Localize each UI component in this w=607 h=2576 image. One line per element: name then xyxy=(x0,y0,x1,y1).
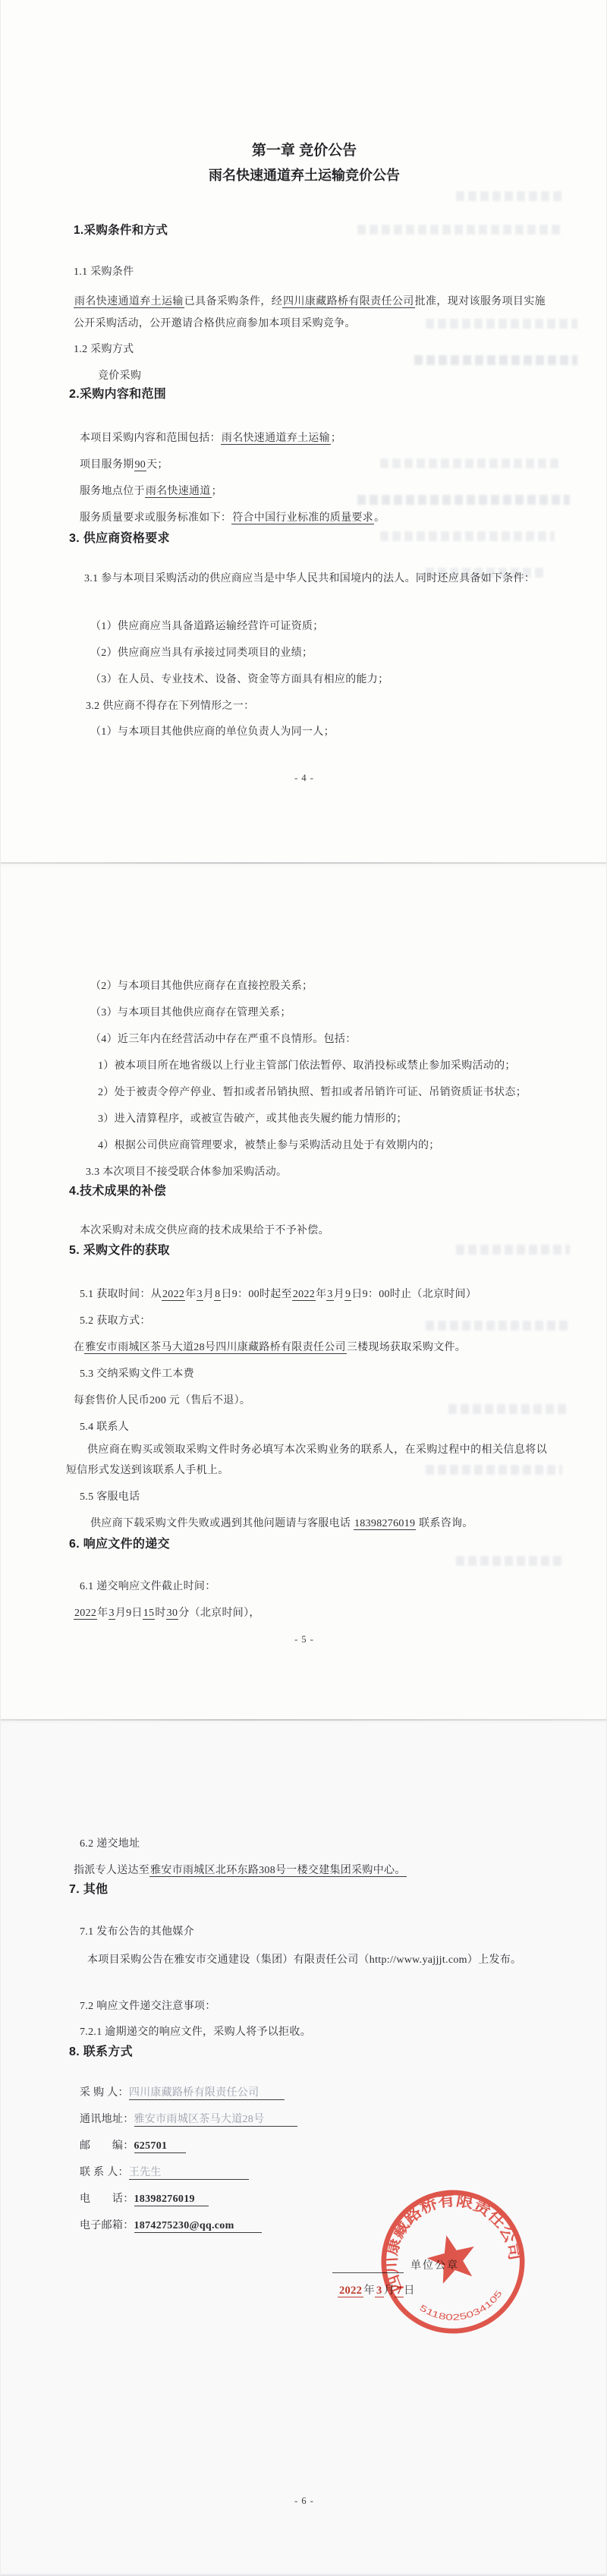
bleedthrough-smudge xyxy=(380,458,562,468)
delivery-address-underlined: 雅安市雨城区北环东路308号一楼交建集团采购中心。 xyxy=(149,1865,407,1877)
page-separator xyxy=(1,1719,607,1721)
contact-buyer-row: 采 购 人：四川康藏路桥有限责任公司 xyxy=(80,2084,285,2100)
section-4-heading: 4.技术成果的补偿 xyxy=(69,1181,166,1198)
service-phone-line: 供应商下载采购文件失败或遇到其他问题请与客服电话 18398276019 联系咨… xyxy=(90,1515,473,1530)
bleedthrough-smudge xyxy=(414,355,577,365)
section-1-heading: 1.采购条件和方式 xyxy=(74,221,168,238)
scope-line: 本项目采购内容和范围包括：雨名快速通道弃土运输； xyxy=(80,430,341,445)
section-5-1-line: 5.1 获取时间：从2022年3月8日9：00时起至2022年3月9日9：00时… xyxy=(80,1286,476,1301)
bad-record-sub-4: 4）根据公司供应商管理要求，被禁止参与采购活动且处于有效期内的； xyxy=(98,1137,440,1152)
section-5-4-paragraph: 供应商在购买或领取采购文件时务必填写本次采购业务的联系人，在采购过程中的相关信息… xyxy=(66,1440,547,1481)
page-number-6: - 6 - xyxy=(1,2496,607,2507)
contact-phone-row: 电 话：18398276019 xyxy=(80,2190,209,2206)
person-value: 王先生 xyxy=(129,2166,249,2180)
contact-email-row: 电子邮箱：1874275230@qq.com xyxy=(80,2217,262,2233)
document-fee-line: 每套售价人民币200 元（售后不退）。 xyxy=(74,1392,250,1407)
chapter-title: 第一章 竞价公告 xyxy=(1,139,607,159)
section-3-heading: 3. 供应商资格要求 xyxy=(69,528,170,546)
service-phone-underlined: 18398276019 xyxy=(354,1518,416,1530)
qualification-item-3: （3）在人员、专业技术、设备、资金等方面具有相应的能力； xyxy=(90,671,388,686)
section-6-2-heading: 6.2 递交地址 xyxy=(80,1835,140,1850)
scanned-document: 第一章 竞价公告 雨名快速通道弃土运输竞价公告 1.采购条件和方式 1.1 采购… xyxy=(0,0,607,2576)
section-1-1-heading: 1.1 采购条件 xyxy=(74,263,134,279)
section-1-2-heading: 1.2 采购方式 xyxy=(74,341,134,356)
prohibited-item-1: （1）与本项目其他供应商的单位负责人为同一人； xyxy=(90,723,335,738)
contact-address-row: 通讯地址：雅安市雨城区茶马大道28号 xyxy=(80,2111,297,2127)
section-4-paragraph: 本次采购对未成交供应商的技术成果给于不予补偿。 xyxy=(80,1222,329,1237)
page-3: 6.2 递交地址 指派专人送达至雅安市雨城区北环东路308号一楼交建集团采购中心… xyxy=(1,1720,607,2576)
bleedthrough-smudge xyxy=(448,1404,570,1414)
document-title: 雨名快速通道弃土运输竞价公告 xyxy=(1,165,607,184)
seal-star-icon xyxy=(423,2229,481,2285)
section-5-2-heading: 5.2 获取方式： xyxy=(80,1312,151,1327)
buyer-value: 四川康藏路桥有限责任公司 xyxy=(129,2086,285,2100)
section-7-2-heading: 7.2 响应文件递交注意事项： xyxy=(80,1998,216,2013)
phone-value: 18398276019 xyxy=(134,2193,209,2206)
section-5-4-heading: 5.4 联系人 xyxy=(80,1419,129,1434)
section-2-heading: 2.采购内容和范围 xyxy=(69,384,166,402)
section-6-heading: 6. 响应文件的递交 xyxy=(69,1534,170,1551)
deadline-line: 2022年3月9日15时30分（北京时间）， xyxy=(74,1604,260,1620)
prohibited-item-3: （3）与本项目其他供应商存在管理关系； xyxy=(90,1004,291,1019)
service-location-line: 服务地点位于雨名快速通道； xyxy=(80,483,222,498)
bad-record-sub-3: 3）进入清算程序，或被宣告破产，或其他丧失履约能力情形的； xyxy=(98,1110,407,1126)
bad-record-sub-1: 1）被本项目所在地省级以上行业主管部门依法暂停、取消投标或禁止参加采购活动的； xyxy=(98,1057,516,1072)
prohibited-item-2: （2）与本项目其他供应商存在直接控股关系； xyxy=(90,978,313,993)
pickup-address-underlined: 雅安市雨城区茶马大道28号四川康藏路桥有限责任公司 xyxy=(84,1342,347,1354)
delivery-address-line: 指派专人送达至雅安市雨城区北环东路308号一楼交建集团采购中心。 xyxy=(74,1862,407,1877)
prohibited-item-4: （4）近三年内在经营活动中存在严重不良情形。包括： xyxy=(90,1031,357,1046)
section-8-heading: 8. 联系方式 xyxy=(69,2042,133,2059)
email-value: 1874275230@qq.com xyxy=(134,2219,262,2233)
section-5-2-line: 在雅安市雨城区茶马大道28号四川康藏路桥有限责任公司三楼现场获取采购文件。 xyxy=(74,1339,466,1354)
bleedthrough-smudge xyxy=(380,531,555,541)
section-6-1-heading: 6.1 递交响应文件截止时间： xyxy=(80,1578,216,1593)
section-5-5-heading: 5.5 客服电话 xyxy=(80,1488,140,1504)
qualification-item-2: （2）供应商应当具有承接过同类项目的业绩； xyxy=(90,644,313,660)
bleedthrough-smudge xyxy=(456,191,562,201)
bleedthrough-smudge xyxy=(357,225,562,235)
zip-value: 625701 xyxy=(134,2140,186,2153)
bleedthrough-smudge xyxy=(426,1321,570,1331)
bleedthrough-smudge xyxy=(357,495,570,505)
section-3-3: 3.3 本次项目不接受联合体参加采购活动。 xyxy=(86,1164,287,1179)
qualification-item-1: （1）供应商应当具备道路运输经营许可证资质； xyxy=(90,618,324,633)
section-3-1-paragraph: 3.1 参与本项目采购活动的供应商应当是中华人民共和国境内的法人。同时还应具备如… xyxy=(68,568,549,590)
page-separator xyxy=(1,862,607,864)
bleedthrough-smudge xyxy=(456,1556,562,1566)
procurement-method: 竞价采购 xyxy=(98,367,141,383)
date-year: 2022 xyxy=(338,2285,363,2297)
company-name-underlined: 四川康藏路桥有限责任公司 xyxy=(282,296,414,308)
service-period-line: 项目服务期90天； xyxy=(80,456,168,471)
address-value: 雅安市雨城区茶马大道28号 xyxy=(134,2113,297,2127)
contact-zip-row: 邮 编：625701 xyxy=(80,2137,186,2153)
page-1: 第一章 竞价公告 雨名快速通道弃土运输竞价公告 1.采购条件和方式 1.1 采购… xyxy=(1,0,607,863)
page-2: （2）与本项目其他供应商存在直接控股关系； （3）与本项目其他供应商存在管理关系… xyxy=(1,863,607,1720)
bad-record-sub-2: 2）处于被责令停产停业、暂扣或者吊销执照、暂扣或者吊销许可证、吊销资质证书状态； xyxy=(98,1084,527,1099)
section-1-1-paragraph: 雨名快速通道弃土运输已具备采购条件，经四川康藏路桥有限责任公司批准，现对该服务项… xyxy=(74,291,546,335)
quality-requirement-line: 服务质量要求或服务标准如下：符合中国行业标准的质量要求。 xyxy=(80,509,385,524)
page-number-5: - 5 - xyxy=(1,1634,607,1645)
bleedthrough-smudge xyxy=(456,1245,570,1255)
scan-bottom-edge xyxy=(1,2573,607,2576)
section-5-heading: 5. 采购文件的获取 xyxy=(69,1240,170,1258)
contact-person-row: 联 系 人：王先生 xyxy=(80,2164,249,2180)
page-number-4: - 4 - xyxy=(1,773,607,784)
project-name-underlined: 雨名快速通道弃土运输 xyxy=(74,296,184,308)
section-7-1-paragraph: 本项目采购公告在雅安市交通建设（集团）有限责任公司（http://www.yaj… xyxy=(66,1950,547,1970)
section-7-1-heading: 7.1 发布公告的其他媒介 xyxy=(80,1923,194,1938)
section-7-heading: 7. 其他 xyxy=(69,1879,108,1897)
section-5-3-heading: 5.3 交纳采购文件工本费 xyxy=(80,1365,194,1381)
section-7-2-1-line: 7.2.1 逾期递交的响应文件，采购人将予以拒收。 xyxy=(80,2023,311,2039)
section-3-2-heading: 3.2 供应商不得存在下列情形之一： xyxy=(86,698,254,713)
company-seal-icon: 四川康藏路桥有限责任公司 5118025034105 xyxy=(343,2152,564,2373)
